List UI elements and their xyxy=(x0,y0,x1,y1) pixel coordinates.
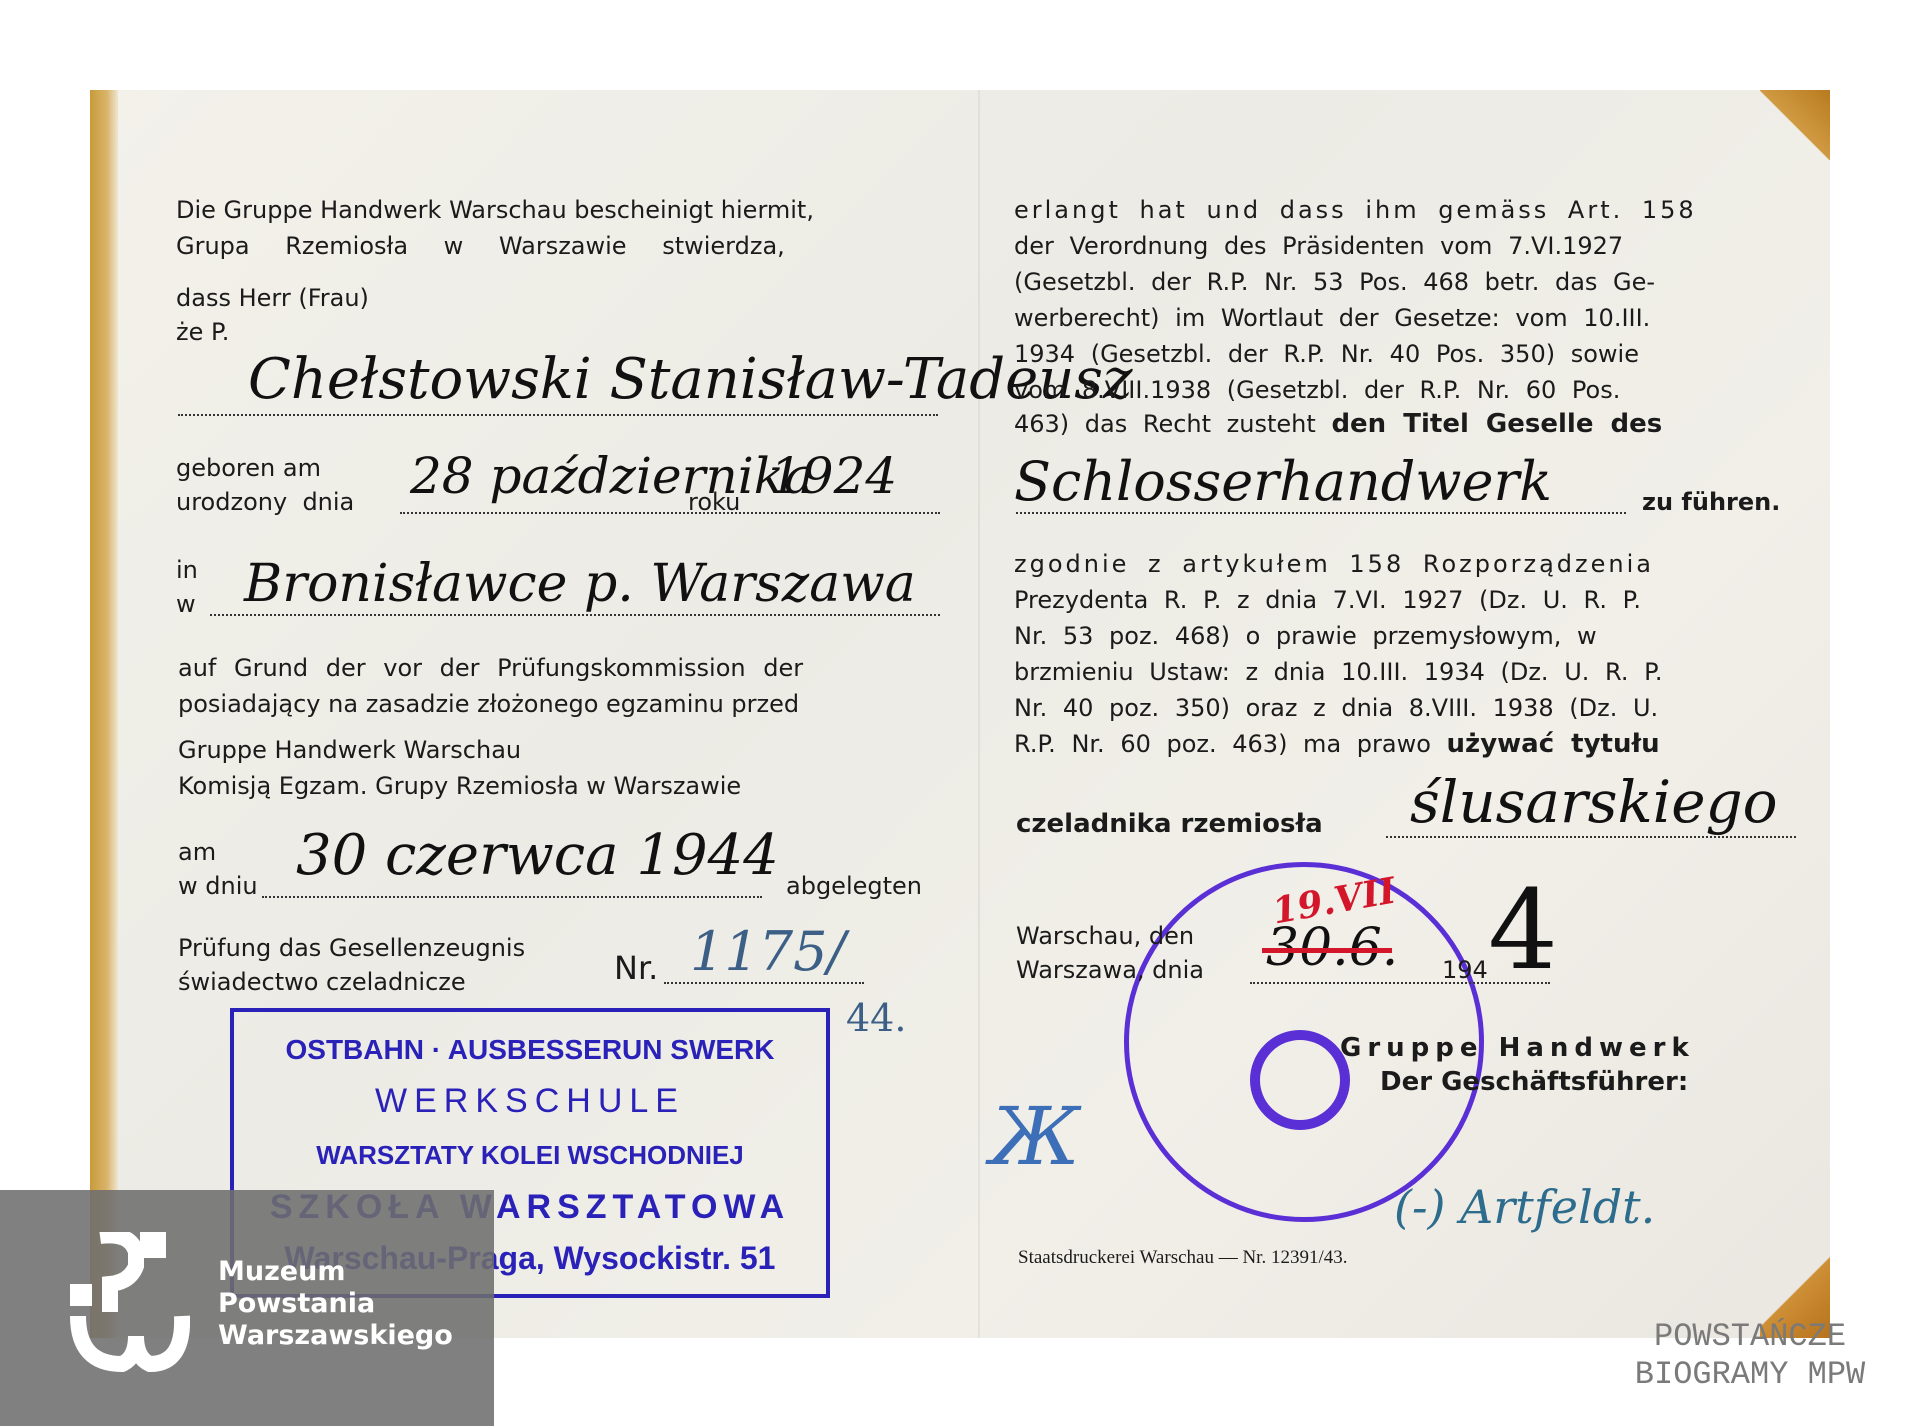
born-pl: urodzony dnia xyxy=(176,488,354,516)
kotwica-anchor-icon xyxy=(70,1232,190,1372)
de-legal-line: erlangt hat und dass ihm gemäss Art. 158 xyxy=(1014,196,1697,224)
birth-date-handwritten: 28 października xyxy=(410,448,814,504)
logo-line-1: Muzeum xyxy=(218,1256,345,1288)
in-pl: w xyxy=(176,590,196,618)
birth-line xyxy=(400,512,940,514)
birth-year-handwritten: 1924 xyxy=(770,448,897,504)
de-legal-line: (Gesetzbl. der R.P. Nr. 53 Pos. 468 betr… xyxy=(1014,268,1655,296)
stamp-line-1: OSTBAHN · AUSBESSERUN SWERK xyxy=(234,1034,826,1066)
de-legal-line: 1934 (Gesetzbl. der R.P. Nr. 40 Pos. 350… xyxy=(1014,340,1639,368)
year-handwritten: 4 xyxy=(1488,870,1558,990)
birthplace-handwritten: Bronisławce p. Warszawa xyxy=(244,556,916,612)
in-de: in xyxy=(176,556,198,584)
pl-legal-line: Nr. 40 poz. 350) oraz z dnia 8.VIII. 193… xyxy=(1014,694,1658,722)
stamp-line-2: WERKSCHULE xyxy=(234,1082,826,1121)
cert-number-handwritten: 1175/ xyxy=(690,924,846,980)
org-title: Gruppe Handwerk xyxy=(1340,1034,1695,1062)
stamp-line-3: WARSZTATY KOLEI WSCHODNIEJ xyxy=(234,1140,826,1171)
watermark: POWSTAŃCZE BIOGRAMY MPW xyxy=(1620,1318,1880,1394)
am-de: am xyxy=(178,838,216,866)
pl-legal-line: Prezydenta R. P. z dnia 7.VI. 1927 (Dz. … xyxy=(1014,586,1641,614)
commission-pl: Komisją Egzam. Grupy Rzemiosła w Warszaw… xyxy=(178,772,741,800)
name-handwritten: Chełstowski Stanisław-Tadeusz xyxy=(248,352,1133,408)
de-legal-line: werberecht) im Wortlaut der Gesetze: vom… xyxy=(1014,304,1650,332)
de-last-line: 463) das Recht zusteht den Titel Geselle… xyxy=(1014,410,1662,438)
exam-date-line xyxy=(262,896,762,898)
born-de: geboren am xyxy=(176,454,321,482)
cert-pl: świadectwo czeladnicze xyxy=(178,968,466,996)
printer-line: Staatsdruckerei Warschau — Nr. 12391/43. xyxy=(1018,1244,1348,1272)
paper-edge-stain xyxy=(90,90,118,1338)
de-legal-line: der Verordnung des Präsidenten vom 7.VI.… xyxy=(1014,232,1623,260)
commission-de: Gruppe Handwerk Warschau xyxy=(178,736,521,764)
exam-date-handwritten: 30 czerwca 1944 xyxy=(296,828,779,884)
de-legal-line: vom 8.VIII.1938 (Gesetzbl. der R.P. Nr. … xyxy=(1014,376,1620,404)
trade-pl-line xyxy=(1386,836,1796,838)
official-seal-emblem xyxy=(1250,1030,1350,1130)
date-strikethrough xyxy=(1262,948,1392,953)
am-pl: w dniu xyxy=(178,872,258,900)
intro-de: Die Gruppe Handwerk Warschau bescheinigt… xyxy=(176,196,814,224)
logo-line-3: Warszawskiego xyxy=(218,1320,453,1352)
cert-number-suffix: 44. xyxy=(846,990,906,1046)
cert-number-line xyxy=(664,982,864,984)
signature-handwritten: (-) Artfeldt. xyxy=(1394,1180,1655,1234)
herr-de: dass Herr (Frau) xyxy=(176,284,369,312)
herr-pl: że P. xyxy=(176,318,229,346)
page-fold xyxy=(978,90,980,1338)
pl-legal-line: zgodnie z artykułem 158 Rozporządzenia xyxy=(1014,550,1654,578)
watermark-line-2: BIOGRAMY MPW xyxy=(1620,1356,1880,1394)
trade-handwritten: Schlosserhandwerk xyxy=(1014,454,1552,510)
cert-de: Prüfung das Gesellenzeugnis xyxy=(178,934,525,962)
intro-pl: Grupa Rzemiosła w Warszawie stwierdza, xyxy=(176,232,785,260)
trade-pl-handwritten: ślusarskiego xyxy=(1410,774,1778,830)
place-de: Warschau, den xyxy=(1016,922,1194,950)
place-pl: Warszawa, dnia xyxy=(1016,956,1204,984)
basis-pl: posiadający na zasadzie złożonego egzami… xyxy=(178,690,799,718)
trade-line xyxy=(1016,512,1626,514)
pl-last-line: R.P. Nr. 60 poz. 463) ma prawo używać ty… xyxy=(1014,730,1660,758)
corner-stain-top-right xyxy=(1760,90,1830,160)
manager-title: Der Geschäftsführer: xyxy=(1380,1068,1688,1096)
basis-de: auf Grund der vor der Prüfungskommission… xyxy=(178,654,803,682)
pl-legal-line: brzmieniu Ustaw: z dnia 10.III. 1934 (Dz… xyxy=(1014,658,1662,686)
pl-legal-line: Nr. 53 poz. 468) o prawie przemysłowym, … xyxy=(1014,622,1597,650)
czeladnika-label: czeladnika rzemiosła xyxy=(1016,810,1323,838)
initials-handwritten: Ж xyxy=(990,1090,1080,1183)
zu-fuehren: zu führen. xyxy=(1642,488,1780,516)
watermark-line-1: POWSTAŃCZE xyxy=(1620,1318,1880,1356)
nr-label: Nr. xyxy=(614,950,658,986)
abgelegten: abgelegten xyxy=(786,872,922,900)
logo-line-2: Powstania xyxy=(218,1288,375,1320)
name-line xyxy=(178,414,938,416)
birthplace-line xyxy=(210,614,940,616)
year-printed: 194 xyxy=(1442,956,1488,984)
